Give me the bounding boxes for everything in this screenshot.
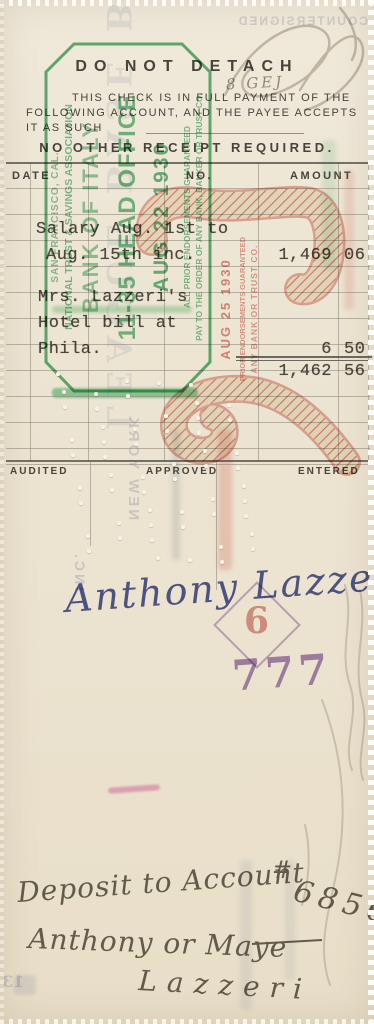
punch-hole [148,508,152,512]
punch-hole [109,473,113,477]
punch-hole [189,383,193,387]
punch-hole [188,558,192,562]
punch-hole [227,403,231,407]
punch-hole [56,372,60,376]
punch-hole [195,401,199,405]
green-stamp-endorsement: ALL PRIOR ENDORSEMENTS GUARANTEED [182,46,192,388]
punch-hole [220,560,224,564]
green-stamp-date: AUG 22 1930 [150,46,174,388]
punch-hole [165,429,169,433]
green-stamp-assoc: NATIONAL TRUST & SAVINGS ASSOCIATION [63,46,75,388]
punch-hole [204,464,208,468]
punch-hole [125,379,129,383]
green-stamp-city: SAN FRANCISCO, CAL. [50,46,61,388]
punch-hole [71,453,75,457]
punch-hole [236,466,240,470]
check-stub: COUNTERSIGNED LEAGUE BASE BALL NEW YORK … [0,0,374,1024]
green-stamp-bank-name: BANK OF ITALY [78,46,104,388]
punch-hole [95,407,99,411]
green-stamp-office: 11-35 HEAD OFFICE [114,46,142,388]
punch-hole [126,394,130,398]
punch-hole [172,462,176,466]
punch-hole [156,556,160,560]
punch-hole [117,521,121,525]
punch-hole [110,488,114,492]
punch-hole [250,532,254,536]
punch-hole [79,501,83,505]
punch-hole [173,477,177,481]
punch-hole [70,438,74,442]
punch-hole [251,547,255,551]
punch-hole [164,414,168,418]
punch-hole [86,534,90,538]
punch-hole [94,392,98,396]
punch-hole [103,455,107,459]
punch-hole [134,442,138,446]
punch-hole [133,427,137,431]
punch-hole [244,514,248,518]
punch-hole [219,545,223,549]
punch-hole [102,440,106,444]
punch-hole [212,512,216,516]
punch-hole [196,416,200,420]
punch-hole [243,499,247,503]
punch-hole [118,536,122,540]
punch-hole [235,451,239,455]
punch-hole [142,490,146,494]
punch-hole [203,449,207,453]
red-stamp-date: AUG 25 1930 [218,188,233,430]
punch-hole [141,475,145,479]
punch-hole [157,381,161,385]
red-stamp-pay-line: ANY BANK OR TRUST CO. [249,188,259,430]
punch-hole [180,510,184,514]
punch-hole [228,418,232,422]
green-bank-stamp: SAN FRANCISCO, CAL. NATIONAL TRUST & SAV… [44,42,212,394]
green-stamp-pay-line: PAY TO THE ORDER OF ANY BANK, BANKER OR … [194,46,204,388]
punch-hole [149,523,153,527]
punch-hole [242,484,246,488]
punch-hole [101,425,105,429]
punch-hole [181,525,185,529]
punch-hole [211,497,215,501]
punch-hole [78,486,82,490]
punch-hole [62,390,66,394]
punch-hole [150,538,154,542]
red-stamp-endorsement: PRIOR ENDORSEMENTS GUARANTEED [238,188,247,430]
punch-hole [197,431,201,435]
red-endorsement-stamp: AUG 25 1930 PRIOR ENDORSEMENTS GUARANTEE… [214,186,332,436]
punch-hole [63,405,67,409]
punch-hole [87,549,91,553]
